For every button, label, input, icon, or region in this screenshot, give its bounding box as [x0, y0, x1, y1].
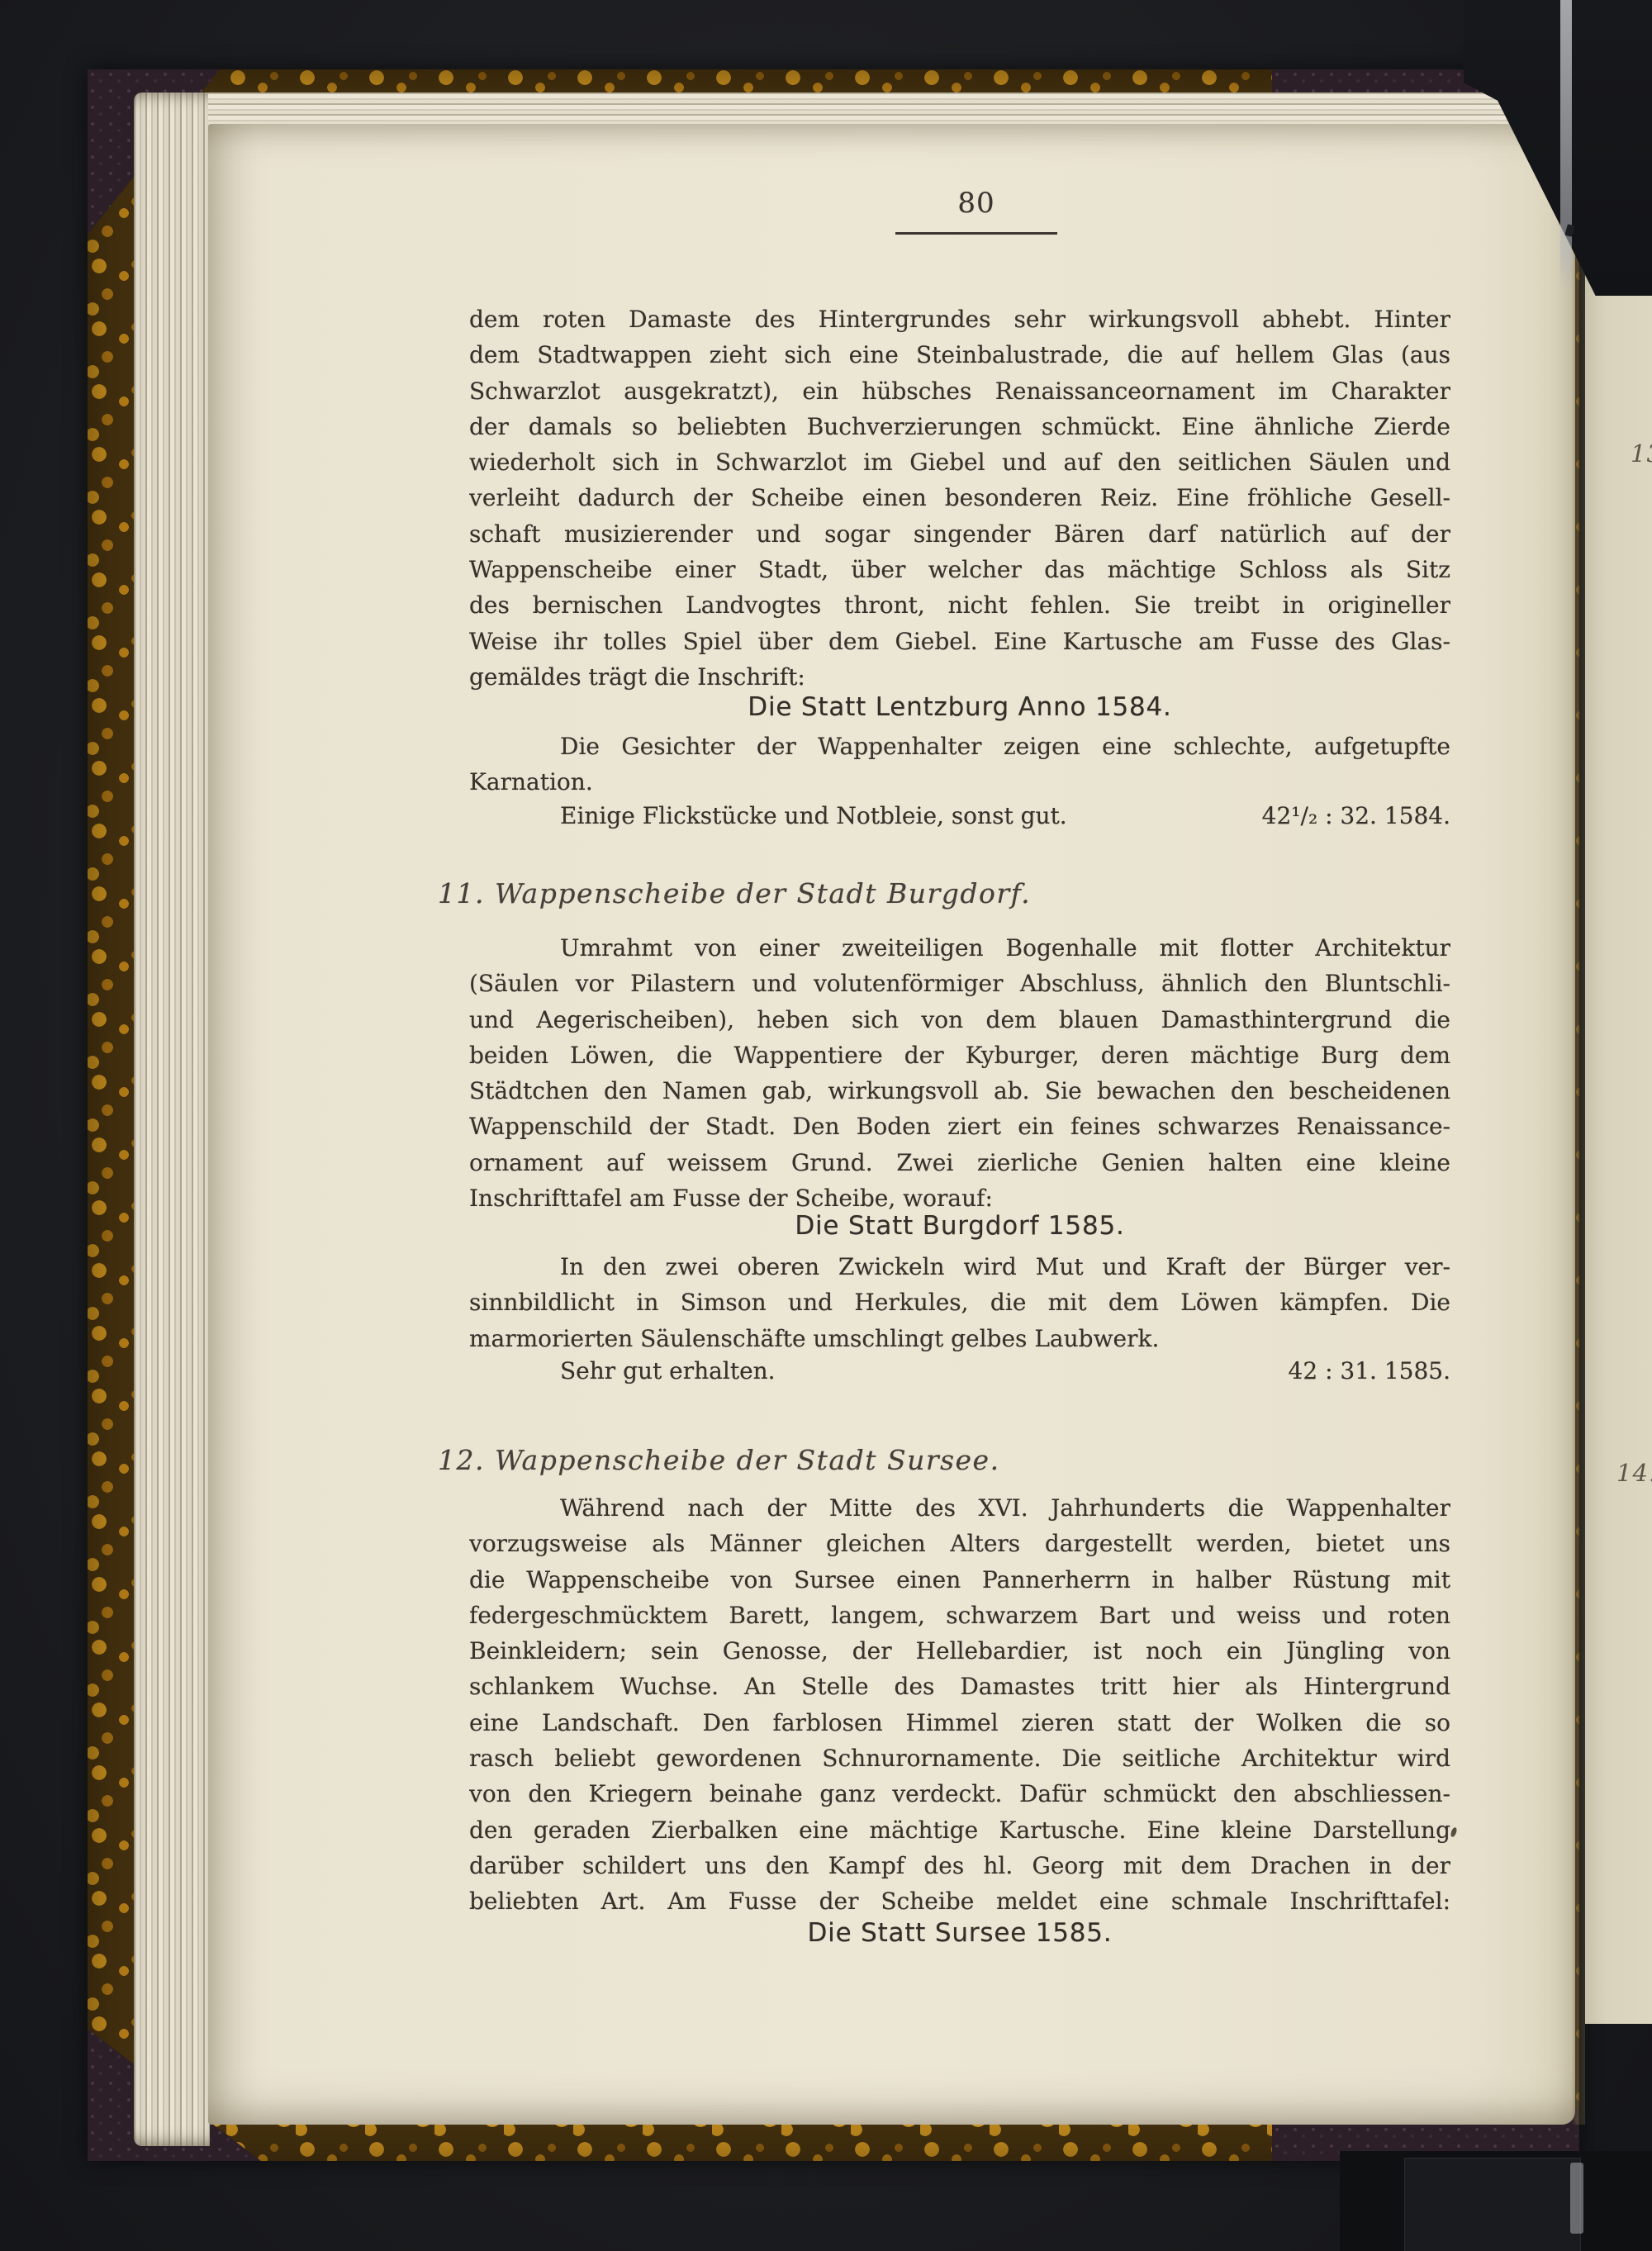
- text-line: von den Kriegern beinahe ganz verdeckt. …: [469, 1776, 1450, 1812]
- section-heading-12: 12. Wappenscheibe der Stadt Sursee.: [438, 1444, 1000, 1476]
- acrylic-strip-bottom: [1570, 2163, 1583, 2234]
- inscription-sursee: Die Statt Sursee 1585.: [469, 1918, 1450, 1948]
- inscription-lentzburg: Die Statt Lentzburg Anno 1584.: [469, 692, 1450, 722]
- page-stack-left-edge: [134, 93, 210, 2146]
- next-page-section-number-lower: 14.: [1616, 1459, 1652, 1487]
- text-line: Schwarzlot ausgekratzt), ein hübsches Re…: [469, 373, 1450, 409]
- text-line: wiederholt sich in Schwarzlot im Giebel …: [469, 444, 1450, 480]
- cradle-edge-bottom-right: [1404, 2158, 1581, 2251]
- page-crease: [1572, 124, 1585, 2125]
- text-line: dem roten Damaste des Hintergrundes sehr…: [469, 302, 1450, 337]
- page-number: 80: [486, 187, 1467, 220]
- paragraph-intro-remark: Die Gesichter der Wappenhalter zeigen ei…: [469, 729, 1450, 800]
- page-text-layer: 80 dem roten Damaste des Hintergrundes s…: [469, 0, 1450, 2251]
- next-page-section-number-upper: 13: [1631, 439, 1652, 468]
- text-line: schaft musizierender und sogar singender…: [469, 516, 1450, 552]
- measure-text: 42¹/₂ : 32. 1584.: [1262, 798, 1450, 833]
- text-line: des bernischen Landvogtes thront, nicht …: [469, 587, 1450, 623]
- text-line: marmorierten Säulenschäfte umschlingt ge…: [469, 1321, 1450, 1356]
- text-line: Wappenschild der Stadt. Den Boden ziert …: [469, 1109, 1450, 1144]
- text-line: Städtchen den Namen gab, wirkungsvoll ab…: [469, 1073, 1450, 1109]
- inscription-burgdorf: Die Statt Burgdorf 1585.: [469, 1211, 1450, 1241]
- text-line: sinnbildlicht in Simson und Herkules, di…: [469, 1285, 1450, 1320]
- page-number-rule: [895, 232, 1057, 235]
- paragraph-intro: dem roten Damaste des Hintergrundes sehr…: [469, 302, 1450, 695]
- text-line: und Aegerischeiben), heben sich von dem …: [469, 1002, 1450, 1038]
- text-line: Karnation.: [469, 764, 1450, 800]
- paragraph-burgdorf-remark: In den zwei oberen Zwickeln wird Mut und…: [469, 1249, 1450, 1356]
- text-line: Die Gesichter der Wappenhalter zeigen ei…: [469, 729, 1450, 764]
- text-line: Wappenscheibe einer Stadt, über welcher …: [469, 552, 1450, 587]
- text-line: eine Landschaft. Den farblosen Himmel zi…: [469, 1705, 1450, 1740]
- text-line: gemäldes trägt die Inschrift:: [469, 659, 1450, 695]
- text-line: In den zwei oberen Zwickeln wird Mut und…: [469, 1249, 1450, 1285]
- acrylic-strip-top: [1560, 0, 1572, 291]
- text-line: verleiht dadurch der Scheibe einen beson…: [469, 480, 1450, 515]
- photo-scene: 13 14. 80 dem roten Damaste des Hintergr…: [0, 0, 1652, 2251]
- condition-row-burgdorf: Sehr gut erhalten. 42 : 31. 1585.: [469, 1353, 1450, 1389]
- text-line: darüber schildert uns den Kampf des hl. …: [469, 1848, 1450, 1883]
- condition-text: Sehr gut erhalten.: [560, 1353, 776, 1389]
- text-line: beiden Löwen, die Wappentiere der Kyburg…: [469, 1038, 1450, 1073]
- next-page-sliver: 13 14.: [1585, 124, 1652, 2024]
- text-line: die Wappenscheibe von Sursee einen Panne…: [469, 1562, 1450, 1598]
- text-line: beliebten Art. Am Fusse der Scheibe meld…: [469, 1883, 1450, 1919]
- text-line: Beinkleidern; sein Genosse, der Hellebar…: [469, 1633, 1450, 1669]
- measure-text: 42 : 31. 1585.: [1289, 1353, 1450, 1389]
- condition-row-lentzburg: Einige Flickstücke und Notbleie, sonst g…: [469, 798, 1450, 833]
- section-heading-11: 11. Wappenscheibe der Stadt Burgdorf.: [438, 877, 1031, 909]
- text-line: vorzugsweise als Männer gleichen Alters …: [469, 1526, 1450, 1561]
- text-line: federgeschmücktem Barett, langem, schwar…: [469, 1598, 1450, 1633]
- text-line: (Säulen vor Pilastern und volutenförmige…: [469, 966, 1450, 1001]
- text-line: Während nach der Mitte des XVI. Jahrhund…: [469, 1490, 1450, 1526]
- text-line: Weise ihr tolles Spiel über dem Giebel. …: [469, 624, 1450, 659]
- text-line: ornament auf weissem Grund. Zwei zierlic…: [469, 1145, 1450, 1180]
- paragraph-burgdorf: Umrahmt von einer zweiteiligen Bogenhall…: [469, 930, 1450, 1216]
- text-line: dem Stadtwappen zieht sich eine Steinbal…: [469, 337, 1450, 373]
- text-line: schlankem Wuchse. An Stelle des Damastes…: [469, 1669, 1450, 1704]
- text-line: den geraden Zierbalken eine mächtige Kar…: [469, 1812, 1450, 1848]
- paragraph-sursee: Während nach der Mitte des XVI. Jahrhund…: [469, 1490, 1450, 1920]
- condition-text: Einige Flickstücke und Notbleie, sonst g…: [560, 798, 1067, 833]
- text-line: rasch beliebt gewordenen Schnurornamente…: [469, 1740, 1450, 1776]
- text-line: Umrahmt von einer zweiteiligen Bogenhall…: [469, 930, 1450, 966]
- text-line: der damals so beliebten Buchverzierungen…: [469, 409, 1450, 444]
